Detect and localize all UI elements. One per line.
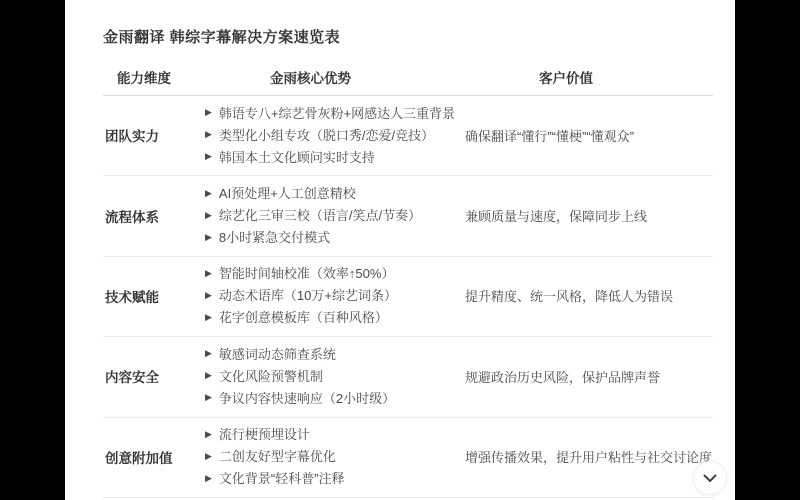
- table-row: 技术赋能 ▶ 智能时间轴校准（效率↑50%） ▶ 动态术语库（10万+综艺词条）…: [103, 257, 713, 337]
- advantage-item: ▶ 文化背景“轻科普”注释: [205, 468, 465, 490]
- advantage-item: ▶ 敏感词动态筛查系统: [205, 344, 465, 366]
- bullet-triangle-icon: ▶: [205, 124, 212, 146]
- header-core-advantages: 金雨核心优势: [219, 67, 530, 87]
- advantage-item: ▶ 流行梗预埋设计: [205, 424, 465, 446]
- table-row: 团队实力 ▶ 韩语专八+综艺骨灰粉+网感达人三重背景 ▶ 类型化小组专攻（脱口秀…: [103, 96, 713, 176]
- table-row: 流程体系 ▶ AI预处理+人工创意精校 ▶ 综艺化三审三校（语言/笑点/节奏） …: [103, 176, 713, 256]
- bullet-triangle-icon: ▶: [205, 285, 212, 307]
- advantage-text: 智能时间轴校准（效率↑50%）: [219, 263, 395, 285]
- advantage-text: 韩国本土文化顾问实时支持: [219, 147, 375, 169]
- header-capability-dimension: 能力维度: [103, 67, 219, 87]
- bullet-triangle-icon: ▶: [205, 365, 212, 387]
- advantage-item: ▶ 类型化小组专攻（脱口秀/恋爱/竞技）: [205, 125, 465, 147]
- advantage-item: ▶ 韩国本土文化顾问实时支持: [205, 147, 465, 169]
- advantage-text: 文化背景“轻科普”注释: [219, 468, 345, 490]
- advantage-item: ▶ 智能时间轴校准（效率↑50%）: [205, 263, 465, 285]
- table-row: 创意附加值 ▶ 流行梗预埋设计 ▶ 二创友好型字幕优化 ▶ 文化背景“轻科普”注…: [103, 418, 713, 498]
- advantage-text: 综艺化三审三校（语言/笑点/节奏）: [219, 205, 421, 227]
- advantage-item: ▶ 综艺化三审三校（语言/笑点/节奏）: [205, 205, 465, 227]
- scroll-down-button[interactable]: [693, 461, 727, 495]
- bullet-triangle-icon: ▶: [205, 102, 212, 124]
- solution-table: 能力维度 金雨核心优势 客户价值 团队实力 ▶ 韩语专八+综艺骨灰粉+网感达人三…: [103, 58, 713, 498]
- dimension-label: 创意附加值: [103, 451, 173, 466]
- customer-value-text: 确保翻译“懂行”“懂梗”“懂观众”: [465, 126, 634, 145]
- advantage-text: 动态术语库（10万+综艺词条）: [219, 285, 397, 307]
- content-panel: 金雨翻译 韩综字幕解决方案速览表 能力维度 金雨核心优势 客户价值 团队实力 ▶…: [65, 0, 735, 500]
- advantage-text: 类型化小组专攻（脱口秀/恋爱/竞技）: [219, 125, 434, 147]
- bullet-triangle-icon: ▶: [205, 424, 212, 446]
- advantage-item: ▶ 8小时紧急交付模式: [205, 227, 465, 249]
- bullet-triangle-icon: ▶: [205, 307, 212, 329]
- advantage-text: 争议内容快速响应（2小时级）: [219, 388, 395, 410]
- bullet-triangle-icon: ▶: [205, 263, 212, 285]
- table-row: 内容安全 ▶ 敏感词动态筛查系统 ▶ 文化风险预警机制 ▶ 争议内容快速响应（2…: [103, 337, 713, 417]
- advantage-text: 流行梗预埋设计: [219, 424, 310, 446]
- dimension-label: 技术赋能: [103, 290, 159, 305]
- bullet-triangle-icon: ▶: [205, 387, 212, 409]
- table-header-row: 能力维度 金雨核心优势 客户价值: [103, 58, 713, 96]
- bullet-triangle-icon: ▶: [205, 468, 212, 490]
- bullet-triangle-icon: ▶: [205, 343, 212, 365]
- dimension-label: 流程体系: [103, 210, 159, 225]
- advantage-item: ▶ AI预处理+人工创意精校: [205, 183, 465, 205]
- advantage-item: ▶ 争议内容快速响应（2小时级）: [205, 388, 465, 410]
- bullet-triangle-icon: ▶: [205, 183, 212, 205]
- advantage-item: ▶ 韩语专八+综艺骨灰粉+网感达人三重背景: [205, 103, 465, 125]
- advantage-text: 文化风险预警机制: [219, 366, 323, 388]
- bullet-triangle-icon: ▶: [205, 227, 212, 249]
- customer-value-text: 规避政治历史风险，保护品牌声誉: [465, 367, 660, 386]
- advantage-text: AI预处理+人工创意精校: [219, 183, 356, 205]
- advantage-text: 二创友好型字幕优化: [219, 446, 336, 468]
- advantage-item: ▶ 二创友好型字幕优化: [205, 446, 465, 468]
- bullet-triangle-icon: ▶: [205, 205, 212, 227]
- advantage-text: 8小时紧急交付模式: [219, 227, 330, 249]
- bullet-triangle-icon: ▶: [205, 446, 212, 468]
- customer-value-text: 提升精度、统一风格，降低人为错误: [465, 286, 673, 305]
- page-title: 金雨翻译 韩综字幕解决方案速览表: [103, 26, 340, 47]
- header-customer-value: 客户价值: [530, 67, 713, 87]
- customer-value-text: 兼顾质量与速度，保障同步上线: [465, 206, 647, 225]
- chevron-down-icon: [703, 474, 717, 483]
- advantage-item: ▶ 动态术语库（10万+综艺词条）: [205, 285, 465, 307]
- advantage-item: ▶ 文化风险预警机制: [205, 366, 465, 388]
- bullet-triangle-icon: ▶: [205, 146, 212, 168]
- advantage-text: 花字创意模板库（百种风格）: [219, 307, 388, 329]
- customer-value-text: 增强传播效果，提升用户粘性与社交讨论度: [465, 447, 712, 466]
- advantage-item: ▶ 花字创意模板库（百种风格）: [205, 307, 465, 329]
- advantage-text: 敏感词动态筛查系统: [219, 344, 336, 366]
- dimension-label: 团队实力: [103, 129, 159, 144]
- dimension-label: 内容安全: [103, 370, 159, 385]
- advantage-text: 韩语专八+综艺骨灰粉+网感达人三重背景: [219, 103, 455, 125]
